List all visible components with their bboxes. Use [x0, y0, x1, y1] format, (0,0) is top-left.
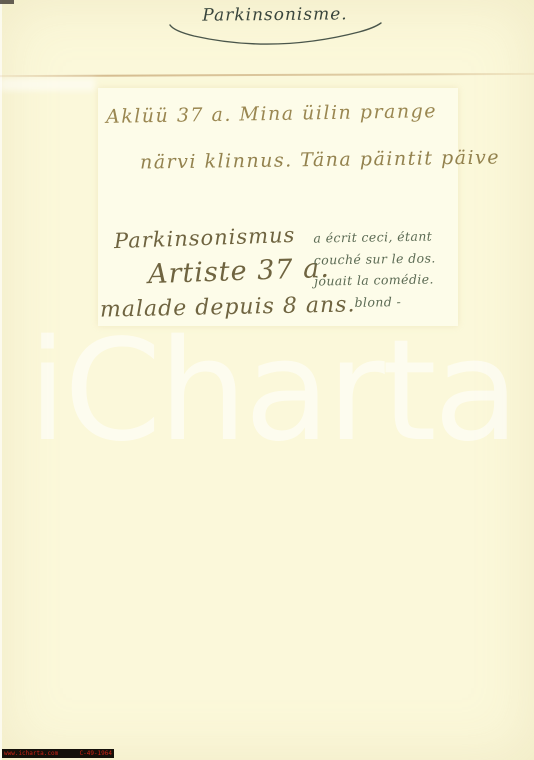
scanner-corner-mark — [0, 0, 14, 4]
crease-highlight — [0, 78, 95, 91]
annotation-line-3: jouait la comédie. — [314, 267, 494, 292]
patient-line: Artiste 37 a. — [148, 253, 331, 290]
archive-id-strip: www.icharta.com C-49-1964 — [2, 749, 114, 758]
page-title: Parkinsonisme. — [160, 4, 390, 26]
annotation-line-4: blond - — [314, 289, 494, 314]
scanned-manuscript-page: Parkinsonisme. Aklüü 37 a. Mina üilin pr… — [0, 0, 534, 760]
sheet-crease-line — [0, 73, 534, 77]
page-title-group: Parkinsonisme. — [160, 5, 390, 48]
archive-strip-url: www.icharta.com — [4, 749, 58, 758]
archive-watermark: iCharta — [28, 310, 516, 473]
annotation-line-2: couché sur le dos. — [314, 246, 494, 271]
annotation-line-1: a écrit ceci, étant — [313, 224, 493, 249]
title-underline-curve — [164, 22, 386, 48]
page-left-edge — [0, 0, 2, 760]
archive-strip-ref: C-49-1964 — [79, 749, 112, 758]
marginal-annotation: a écrit ceci, étant couché sur le dos. j… — [313, 224, 494, 313]
